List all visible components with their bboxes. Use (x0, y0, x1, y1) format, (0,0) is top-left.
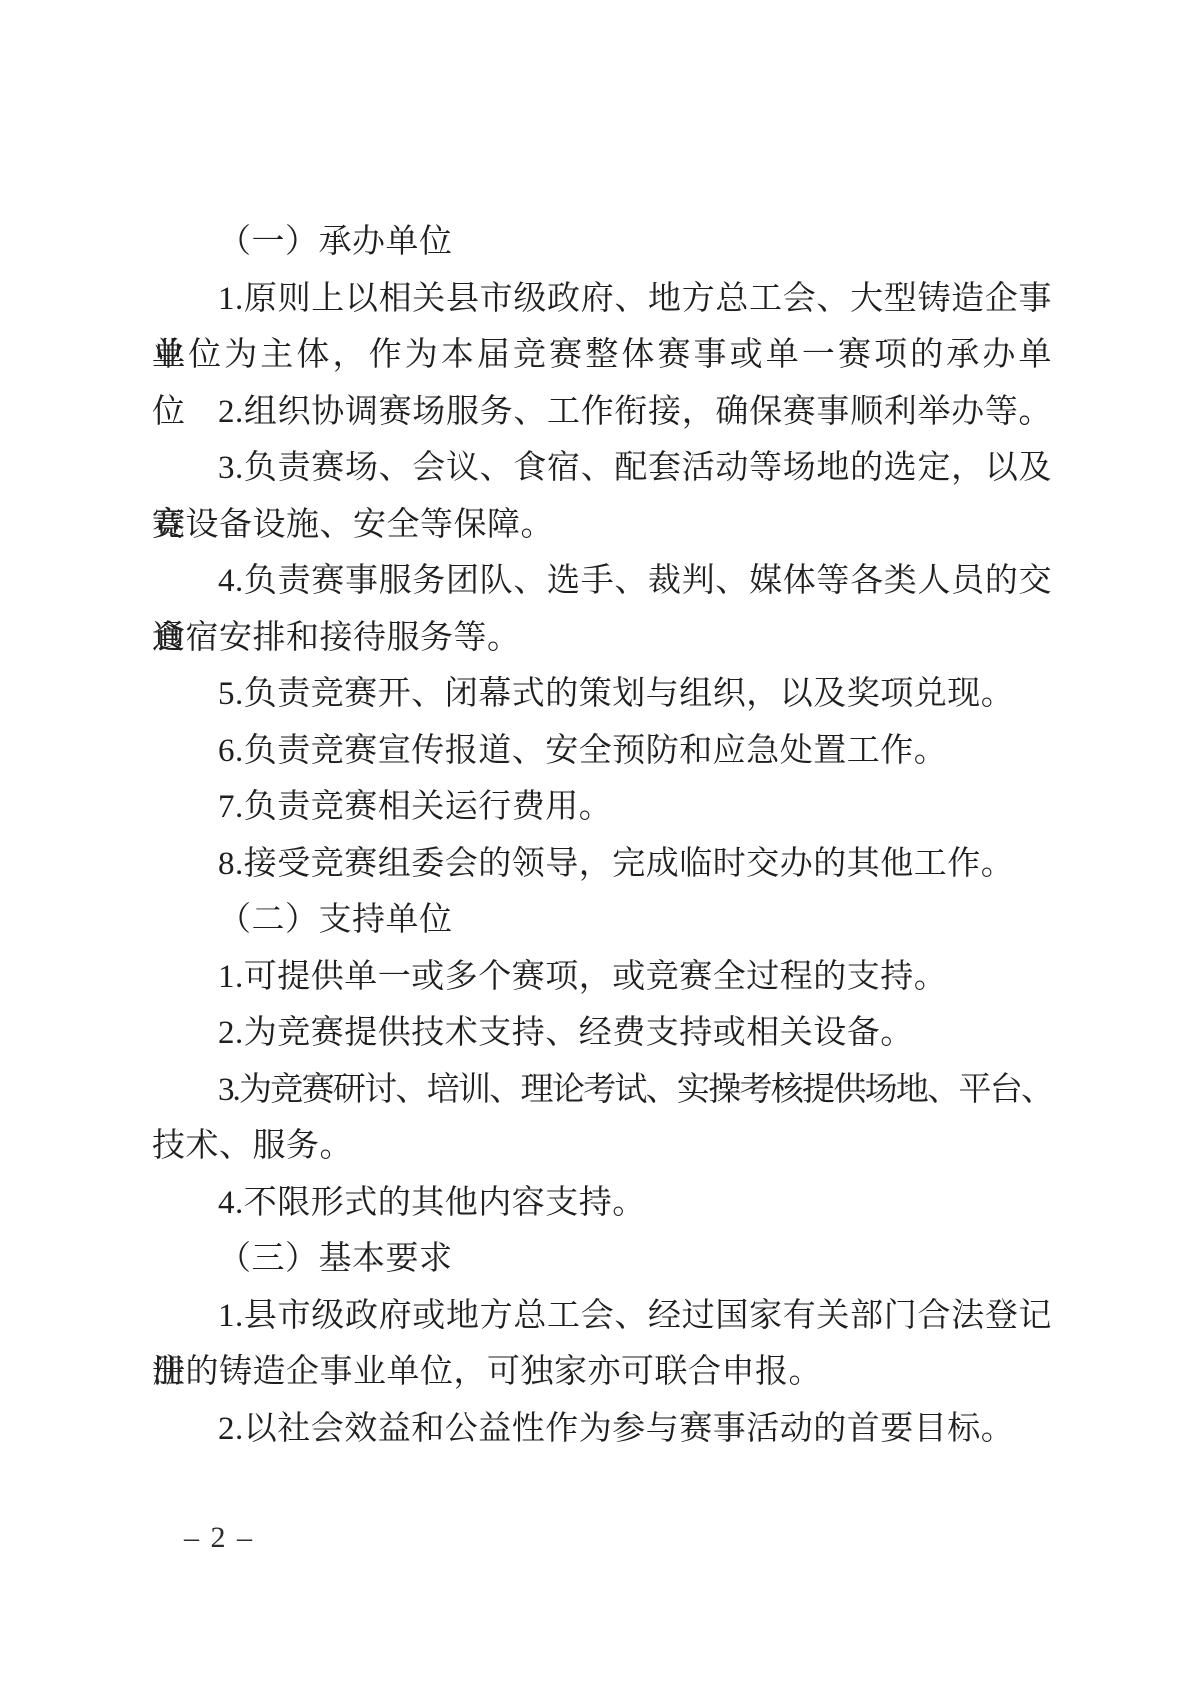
text-line: 4.负责赛事服务团队、选手、裁判、媒体等各类人员的交通 (152, 553, 1052, 610)
text-line: 7.负责竞赛相关运行费用。 (152, 779, 1052, 836)
text-line: 2.为竞赛提供技术支持、经费支持或相关设备。 (152, 1005, 1052, 1062)
text-line: 单位为主体，作为本届竞赛整体赛事或单一赛项的承办单位。 (152, 327, 1052, 384)
text-line: 1.原则上以相关县市级政府、地方总工会、大型铸造企事业 (152, 271, 1052, 328)
text-line: 赛设备设施、安全等保障。 (152, 497, 1052, 554)
text-line: 4.不限形式的其他内容支持。 (152, 1175, 1052, 1232)
text-line: 6.负责竞赛宣传报道、安全预防和应急处置工作。 (152, 723, 1052, 780)
text-line: 2.组织协调赛场服务、工作衔接，确保赛事顺利举办等。 (152, 384, 1052, 441)
text-line: 2.以社会效益和公益性作为参与赛事活动的首要目标。 (152, 1401, 1052, 1458)
section-heading-3: （三）基本要求 (152, 1231, 1052, 1288)
page-number: – 2 – (184, 1521, 254, 1555)
text-line: 8.接受竞赛组委会的领导，完成临时交办的其他工作。 (152, 836, 1052, 893)
section-heading-2: （二）支持单位 (152, 892, 1052, 949)
text-line: 1.可提供单一或多个赛项，或竞赛全过程的支持。 (152, 949, 1052, 1006)
text-line: 册的铸造企事业单位，可独家亦可联合申报。 (152, 1344, 1052, 1401)
text-line: 3.负责赛场、会议、食宿、配套活动等场地的选定，以及竞 (152, 440, 1052, 497)
document-page: （一）承办单位 1.原则上以相关县市级政府、地方总工会、大型铸造企事业 单位为主… (0, 0, 1200, 1697)
text-line: 5.负责竞赛开、闭幕式的策划与组织，以及奖项兑现。 (152, 666, 1052, 723)
document-body: （一）承办单位 1.原则上以相关县市级政府、地方总工会、大型铸造企事业 单位为主… (152, 214, 1052, 1457)
text-line: 1.县市级政府或地方总工会、经过国家有关部门合法登记注 (152, 1288, 1052, 1345)
text-line: 食宿安排和接待服务等。 (152, 610, 1052, 667)
section-heading-1: （一）承办单位 (152, 214, 1052, 271)
text-line: 3.为竞赛研讨、培训、理论考试、实操考核提供场地、平台、 (152, 1062, 1052, 1119)
text-line: 技术、服务。 (152, 1118, 1052, 1175)
